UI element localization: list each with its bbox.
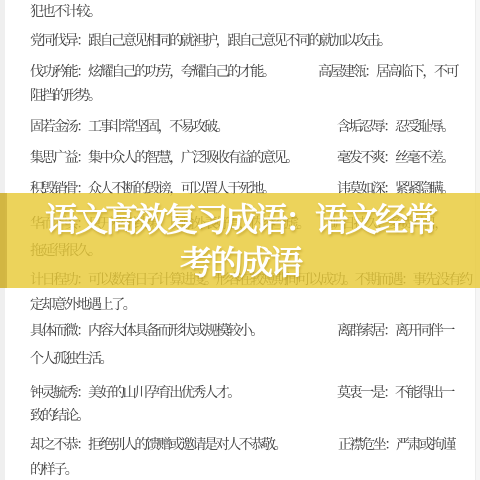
idiom-line: 个人孤独生活。 — [30, 351, 474, 368]
idiom-line: 犯也不计较。 — [30, 4, 474, 21]
idiom-line: 的样子。 — [30, 462, 474, 479]
idiom-text: 定却意外地遇上了。 — [30, 297, 134, 313]
idiom-text: 具体而微：内容大体具备而形状或规模较小。 — [30, 323, 262, 339]
idiom-line: 集思广益：集中众人的智慧，广泛吸收有益的意见。毫发不爽：丝毫不差。 — [30, 150, 474, 167]
idiom-text: 钟灵毓秀：美好的山川孕育出优秀人才。 — [30, 385, 239, 401]
idiom-text-right: 离群索居：离开同伴一 — [337, 323, 453, 340]
idiom-line: 党同伐异：跟自己意见相同的就袒护，跟自己意见不同的就加以攻击。 — [30, 33, 474, 50]
idiom-text: 集思广益：集中众人的智慧，广泛吸收有益的意见。 — [30, 150, 297, 166]
idiom-text: 的样子。 — [30, 462, 76, 478]
idiom-line: 阻挡的形势。 — [30, 88, 474, 105]
idiom-text: 伐功矜能：炫耀自己的功劳，夸耀自己的才能。 — [30, 64, 274, 80]
idiom-text: 致的结论。 — [30, 408, 88, 424]
idiom-text-right: 高屋建瓴：居高临下，不可 — [318, 64, 457, 81]
idiom-text-right: 莫衷一是：不能得出一 — [337, 385, 453, 402]
idiom-line: 钟灵毓秀：美好的山川孕育出优秀人才。莫衷一是：不能得出一 — [30, 385, 474, 402]
idiom-line: 伐功矜能：炫耀自己的功劳，夸耀自己的才能。高屋建瓴：居高临下，不可 — [30, 64, 474, 81]
idiom-text: 个人孤独生活。 — [30, 351, 111, 367]
idiom-text-right: 含垢忍辱：忍受耻辱。 — [337, 119, 453, 136]
banner-title-line1: 语文高效复习成语：语文经常 — [0, 198, 480, 241]
document-page: 犯也不计较。 党同伐异：跟自己意见相同的就袒护，跟自己意见不同的就加以攻击。 伐… — [0, 0, 480, 480]
idiom-line: 定却意外地遇上了。 — [30, 297, 474, 314]
idiom-text-right: 毫发不爽：丝毫不差。 — [337, 150, 453, 167]
idiom-text: 却之不恭：拒绝别人的馈赠或邀请是对人不恭敬。 — [30, 437, 285, 453]
idiom-text: 固若金汤：工事非常坚固，不易攻破。 — [30, 119, 227, 135]
banner-title-line2: 考的成语 — [0, 241, 480, 284]
idiom-line: 固若金汤：工事非常坚固，不易攻破。含垢忍辱：忍受耻辱。 — [30, 119, 474, 136]
banner-title: 语文高效复习成语：语文经常 考的成语 — [0, 193, 480, 284]
idiom-line: 致的结论。 — [30, 408, 474, 425]
idiom-text: 党同伐异：跟自己意见相同的就袒护，跟自己意见不同的就加以攻击。 — [30, 33, 390, 49]
idiom-text-right: 正襟危坐：严肃或拘谨 — [338, 437, 454, 454]
idiom-line: 具体而微：内容大体具备而形状或规模较小。离群索居：离开同伴一 — [30, 323, 474, 340]
idiom-line: 却之不恭：拒绝别人的馈赠或邀请是对人不恭敬。正襟危坐：严肃或拘谨 — [30, 437, 474, 454]
idiom-text: 阻挡的形势。 — [30, 88, 100, 104]
idiom-text: 犯也不计较。 — [30, 4, 100, 20]
promo-banner[interactable]: 语文高效复习成语：语文经常 考的成语 — [0, 193, 480, 288]
